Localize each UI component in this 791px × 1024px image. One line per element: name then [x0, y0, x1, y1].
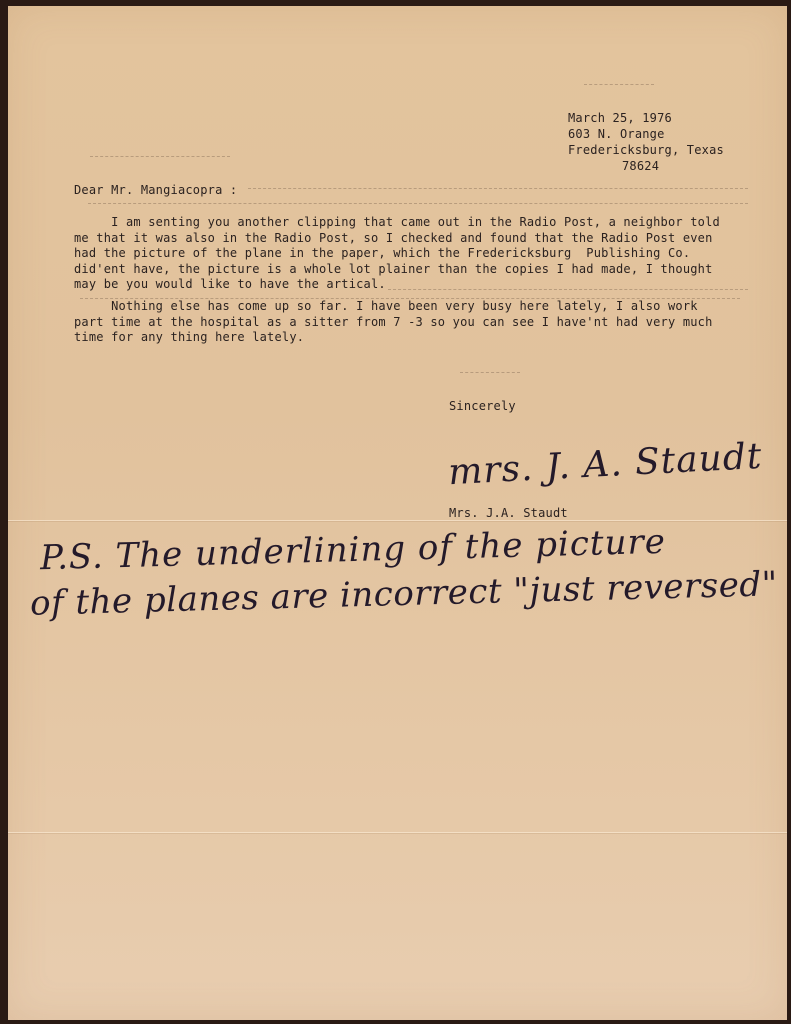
typewriter-artifact [584, 84, 654, 86]
handwritten-signature: mrs. J. A. Staudt [447, 436, 763, 493]
letter-date: March 25, 1976 [568, 110, 724, 126]
letter-page: March 25, 1976603 N. OrangeFredericksbur… [8, 6, 787, 1020]
salutation: Dear Mr. Mangiacopra : [74, 183, 237, 197]
paper-fold-line [8, 520, 787, 521]
body-paragraph-1: I am senting you another clipping that c… [74, 215, 720, 293]
address-street: 603 N. Orange [568, 126, 724, 142]
typewriter-artifact [90, 156, 230, 158]
address-city-state: Fredericksburg, Texas [568, 142, 724, 158]
closing: Sincerely [449, 399, 516, 413]
paragraph-line: I am senting you another clipping that c… [74, 215, 720, 231]
typed-signature-name: Mrs. J.A. Staudt [449, 506, 568, 520]
typewriter-artifact [248, 188, 748, 190]
address-zip: 78624 [568, 158, 724, 174]
paragraph-line: may be you would like to have the artica… [74, 277, 720, 293]
paragraph-line: did'ent have, the picture is a whole lot… [74, 262, 720, 278]
paper-fold-line [8, 832, 787, 833]
body-paragraph-2: Nothing else has come up so far. I have … [74, 299, 713, 346]
paragraph-line: me that it was also in the Radio Post, s… [74, 231, 720, 247]
typewriter-artifact [460, 372, 520, 374]
paragraph-line: had the picture of the plane in the pape… [74, 246, 720, 262]
paragraph-line: time for any thing here lately. [74, 330, 713, 346]
paragraph-line: part time at the hospital as a sitter fr… [74, 315, 713, 331]
sender-address-block: March 25, 1976603 N. OrangeFredericksbur… [568, 110, 724, 174]
typewriter-artifact [88, 203, 748, 205]
paragraph-line: Nothing else has come up so far. I have … [74, 299, 713, 315]
